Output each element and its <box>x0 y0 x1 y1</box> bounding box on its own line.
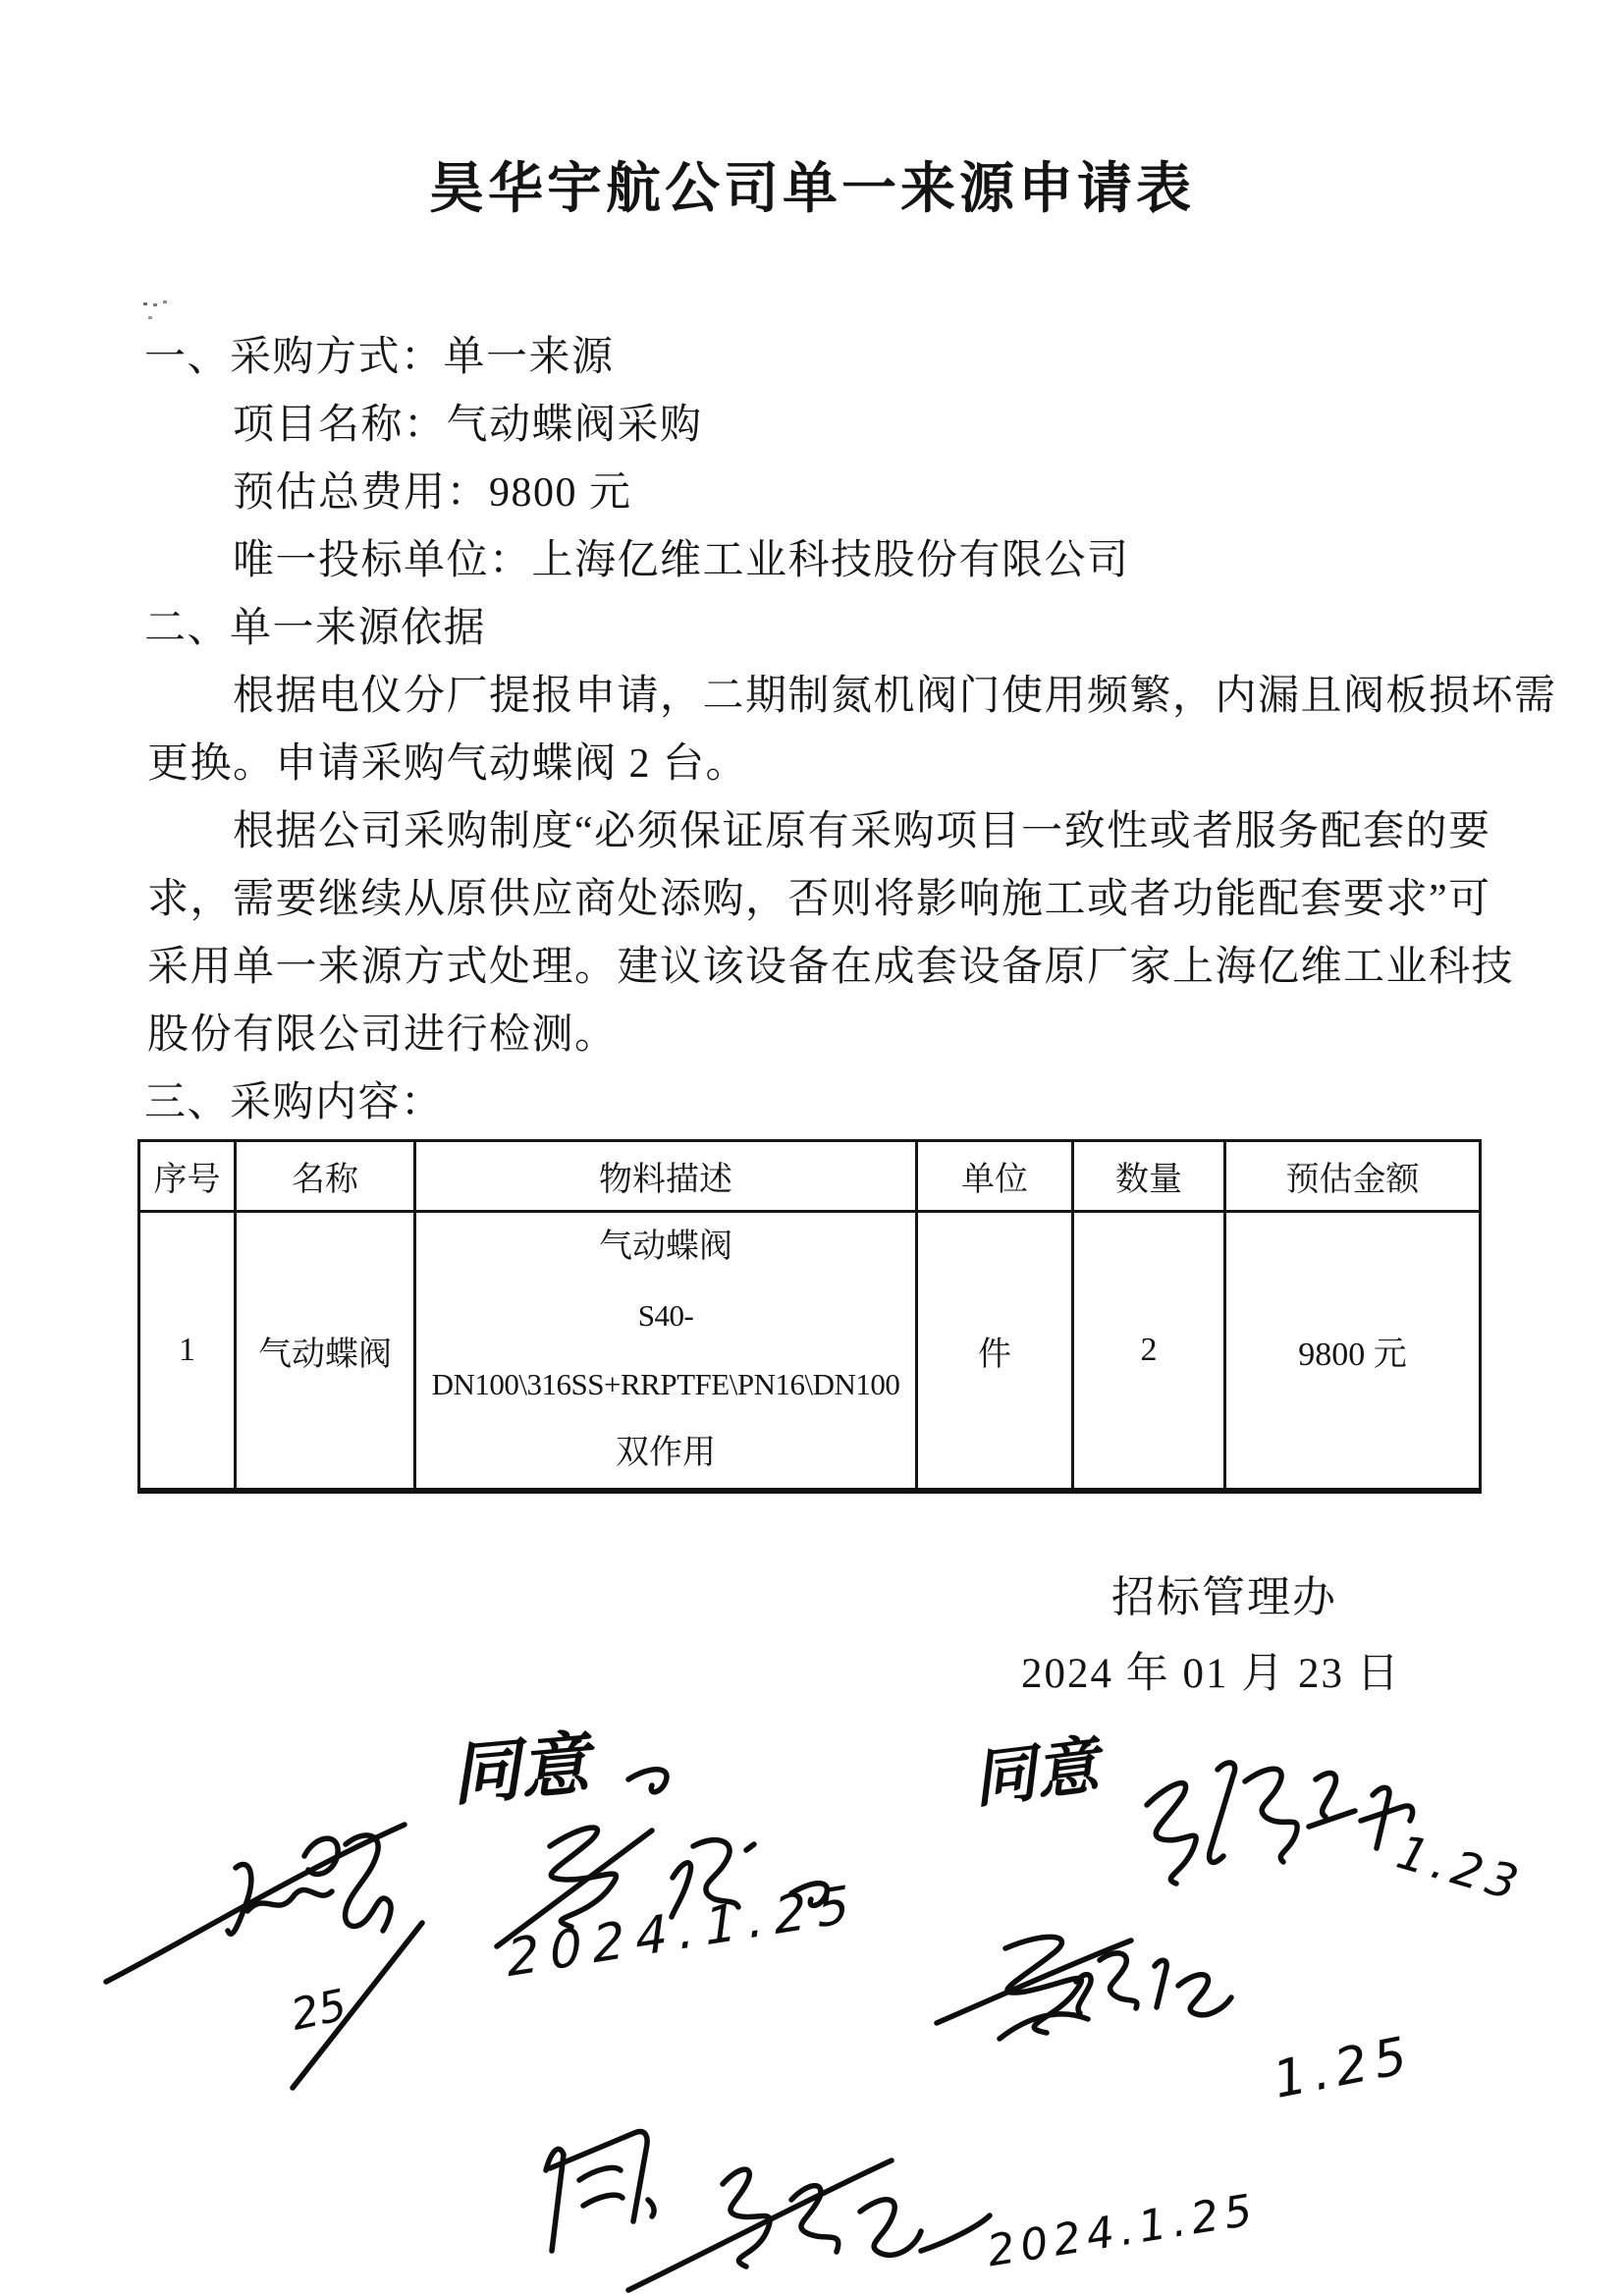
col-header-unit: 单位 <box>917 1141 1073 1212</box>
footer-department: 招标管理办 <box>1111 1561 1337 1624</box>
body-line-6: 根据电仪分厂提报申请，二期制氮机阀门使用频繁，内漏且阀板损坏需 <box>233 658 1557 727</box>
signature-scrawl-right-name <box>1147 1763 1413 1884</box>
handwritten-date-bottom: 2024.1.25 <box>984 2185 1261 2277</box>
body-line-4: 唯一投标单位：上海亿维工业科技股份有限公司 <box>233 522 1130 591</box>
col-header-index: 序号 <box>139 1141 236 1212</box>
col-header-amount: 预估金额 <box>1225 1141 1481 1212</box>
body-line-11: 股份有限公司进行检测。 <box>147 997 618 1066</box>
procurement-table: 序号 名称 物料描述 单位 数量 预估金额 1 气动蝶阀 气动蝶阀 S40-DN… <box>137 1139 1482 1494</box>
body-line-1: 一、采购方式：单一来源 <box>144 319 615 388</box>
handwritten-date-right-top: 1.23 <box>1391 1825 1530 1913</box>
scan-smudge <box>143 302 147 305</box>
table-row: 1 气动蝶阀 气动蝶阀 S40-DN100\316SS+RRPTFE\PN16\… <box>139 1212 1481 1492</box>
handwritten-approve-center: 同意 <box>447 1709 592 1820</box>
body-line-7: 更换。申请采购气动蝶阀 2 台。 <box>147 726 748 794</box>
handwritten-date-left: 25 <box>287 1980 351 2041</box>
col-header-name: 名称 <box>236 1141 415 1212</box>
body-line-8: 根据公司采购制度“必须保证原有采购项目一致性或者服务配套的要 <box>233 793 1491 862</box>
body-line-10: 采用单一来源方式处理。建议该设备在成套设备原厂家上海亿维工业科技 <box>147 929 1514 998</box>
page-title: 昊华宇航公司单一来源申请表 <box>0 145 1624 224</box>
cell-index: 1 <box>139 1212 236 1492</box>
document-page: 昊华宇航公司单一来源申请表 一、采购方式：单一来源 项目名称：气动蝶阀采购 预估… <box>0 0 1624 2296</box>
cell-amount: 9800 元 <box>1225 1212 1481 1492</box>
col-header-qty: 数量 <box>1073 1141 1225 1212</box>
handwritten-date-right-mid: 1.25 <box>1269 2026 1419 2110</box>
body-line-2: 项目名称：气动蝶阀采购 <box>233 387 703 456</box>
col-header-desc: 物料描述 <box>415 1141 917 1212</box>
cell-unit: 件 <box>917 1212 1073 1492</box>
handwritten-date-center: 2024.1.25 <box>506 1874 861 1989</box>
handwritten-approve-right: 同意 <box>967 1715 1103 1820</box>
cell-qty: 2 <box>1073 1212 1225 1492</box>
table-header-row: 序号 名称 物料描述 单位 数量 预估金额 <box>139 1141 1481 1212</box>
signature-scrawl-right-mid-name <box>937 1937 1231 2039</box>
cell-desc: 气动蝶阀 S40-DN100\316SS+RRPTFE\PN16\DN100 双… <box>415 1212 917 1492</box>
signature-scrawl-bottom-name <box>546 2132 990 2290</box>
desc-line-2: S40-DN100\316SS+RRPTFE\PN16\DN100 <box>416 1282 915 1419</box>
signatures-layer <box>0 1611 1624 2296</box>
body-line-5: 二、单一来源依据 <box>144 590 486 659</box>
signature-scrawl-left <box>106 1825 422 2088</box>
desc-line-3: 双作用 <box>416 1419 915 1488</box>
footer-date: 2024 年 01 月 23 日 <box>1021 1640 1401 1700</box>
body-line-3: 预估总费用：9800 元 <box>233 455 632 523</box>
body-line-12: 三、采购内容： <box>144 1065 444 1133</box>
desc-line-1: 气动蝶阀 <box>416 1213 915 1282</box>
body-line-9: 求，需要继续从原供应商处添购，否则将影响施工或者功能配套要求”可 <box>147 861 1491 930</box>
cell-name: 气动蝶阀 <box>236 1212 415 1492</box>
